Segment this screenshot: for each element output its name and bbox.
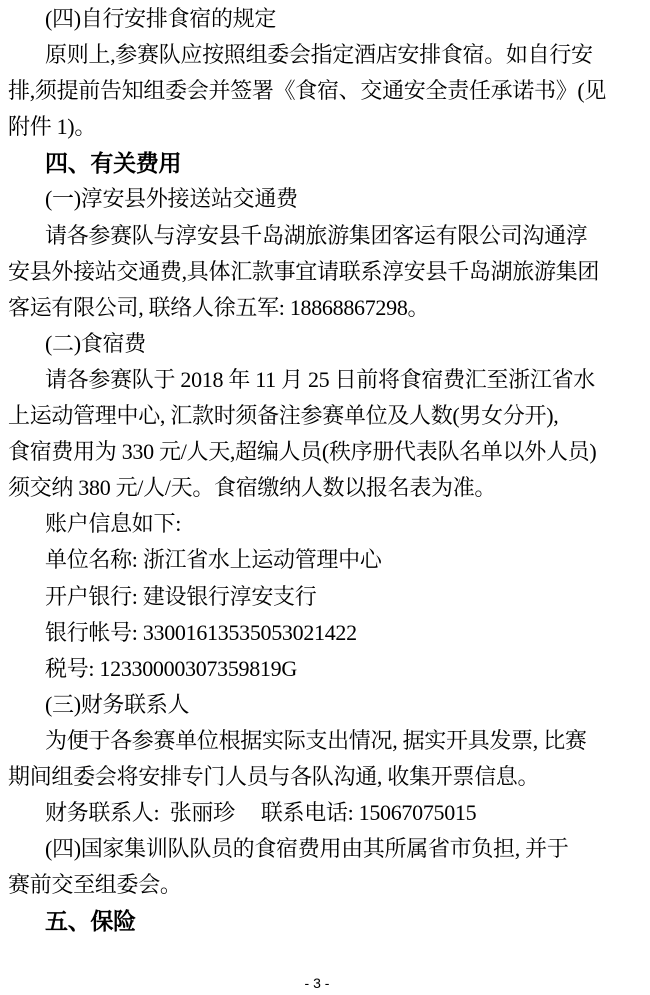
text-line: 开户银行: 建设银行淳安支行 <box>8 579 646 615</box>
text-line: 请各参赛队与淳安县千岛湖旅游集团客运有限公司沟通淳 <box>8 218 646 254</box>
text-line: (二)食宿费 <box>8 326 646 362</box>
text-line: (四)国家集训队队员的食宿费用由其所属省市负担, 并于 <box>8 831 646 867</box>
text-line: 请各参赛队于 2018 年 11 月 25 日前将食宿费汇至浙江省水 <box>8 362 646 398</box>
text-line: (三)财务联系人 <box>8 687 646 723</box>
text-line: (四)自行安排食宿的规定 <box>8 1 646 37</box>
text-line: 上运动管理中心, 汇款时须备注参赛单位及人数(男女分开), <box>8 398 646 434</box>
text-line: 安县外接站交通费,具体汇款事宜请联系淳安县千岛湖旅游集团 <box>8 254 646 290</box>
text-line: 账户信息如下: <box>8 506 646 542</box>
section-heading: 五、保险 <box>8 903 646 939</box>
text-line: 为便于各参赛单位根据实际支出情况, 据实开具发票, 比赛 <box>8 723 646 759</box>
text-line: 食宿费用为 330 元/人天,超编人员(秩序册代表队名单以外人员) <box>8 434 646 470</box>
text-line: 税号: 12330000307359819G <box>8 651 646 687</box>
document-page: (四)自行安排食宿的规定原则上,参赛队应按照组委会指定酒店安排食宿。如自行安排,… <box>0 0 650 995</box>
text-line: 原则上,参赛队应按照组委会指定酒店安排食宿。如自行安 <box>8 37 646 73</box>
text-line: 附件 1)。 <box>8 109 646 145</box>
text-line: 单位名称: 浙江省水上运动管理中心 <box>8 542 646 578</box>
text-line: 银行帐号: 33001613535053021422 <box>8 615 646 651</box>
text-line: 排,须提前告知组委会并签署《食宿、交通安全责任承诺书》(见 <box>8 73 646 109</box>
text-line: 期间组委会将安排专门人员与各队沟通, 收集开票信息。 <box>8 759 646 795</box>
section-heading: 四、有关费用 <box>8 145 646 181</box>
page-number: - 3 - <box>0 975 642 991</box>
document-content: (四)自行安排食宿的规定原则上,参赛队应按照组委会指定酒店安排食宿。如自行安排,… <box>8 1 646 939</box>
text-line: 赛前交至组委会。 <box>8 867 646 903</box>
text-line: (一)淳安县外接送站交通费 <box>8 181 646 217</box>
text-line: 财务联系人: 张丽珍 联系电话: 15067075015 <box>8 795 646 831</box>
text-line: 须交纳 380 元/人/天。食宿缴纳人数以报名表为准。 <box>8 470 646 506</box>
text-line: 客运有限公司, 联络人徐五军: 18868867298。 <box>8 290 646 326</box>
